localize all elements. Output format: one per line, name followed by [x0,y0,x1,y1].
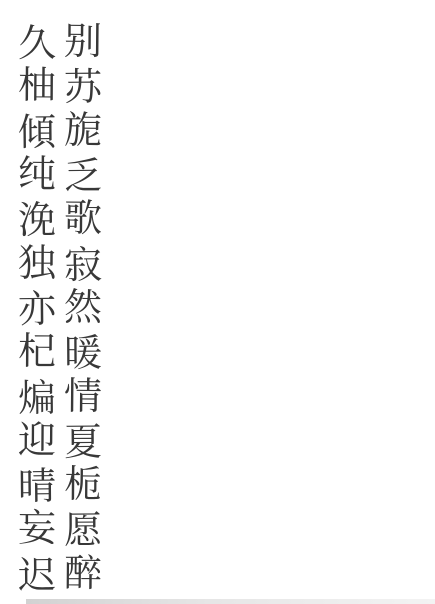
word-pair-row: 煸 情 [14,374,154,418]
word-char-right: 愿 [60,509,106,551]
bottom-divider [26,599,435,604]
word-pair-row: 柚 苏 [14,64,154,108]
word-char-left: 傾 [14,110,60,152]
word-pair-row: 晴 栀 [14,463,154,507]
word-pair-row: 杞 暖 [14,330,154,374]
word-char-left: 亦 [14,288,60,330]
word-char-left: 晴 [14,465,60,507]
word-char-right: 旎 [60,109,106,151]
word-char-right: 暖 [60,332,106,374]
word-char-left: 浼 [14,199,60,241]
word-pair-row: 妄 愿 [14,507,154,551]
word-pair-row: 亦 然 [14,286,154,330]
word-char-left: 久 [14,22,60,64]
word-char-left: 纯 [14,153,60,195]
word-char-left: 柚 [14,64,60,106]
word-char-right: 歌 [60,197,106,239]
word-char-right: 寂 [60,243,106,285]
word-pair-row: 独 寂 [14,241,154,285]
word-char-left: 迟 [14,553,60,595]
word-pair-row: 浼 歌 [14,197,154,241]
word-char-left: 煸 [14,376,60,418]
word-char-right: 然 [60,286,106,328]
nickname-word-list: 久 别 柚 苏 傾 旎 纯 乏 浼 歌 独 寂 亦 然 杞 暖 [14,20,154,596]
word-char-left: 妄 [14,507,60,549]
word-char-right: 苏 [60,66,106,108]
word-pair-row: 纯 乏 [14,153,154,197]
word-char-left: 迎 [14,419,60,461]
word-pair-row: 久 别 [14,20,154,64]
word-char-right: 栀 [60,463,106,505]
word-char-left: 独 [14,241,60,283]
word-char-left: 杞 [14,330,60,372]
word-char-right: 醉 [60,552,106,594]
word-char-right: 别 [60,20,106,62]
word-pair-row: 迟 醉 [14,552,154,596]
word-char-right: 情 [60,374,106,416]
word-char-right: 夏 [60,421,106,463]
word-char-right: 乏 [60,155,106,197]
word-pair-row: 迎 夏 [14,419,154,463]
word-pair-row: 傾 旎 [14,109,154,153]
handwriting-page: 久 别 柚 苏 傾 旎 纯 乏 浼 歌 独 寂 亦 然 杞 暖 [0,0,435,604]
